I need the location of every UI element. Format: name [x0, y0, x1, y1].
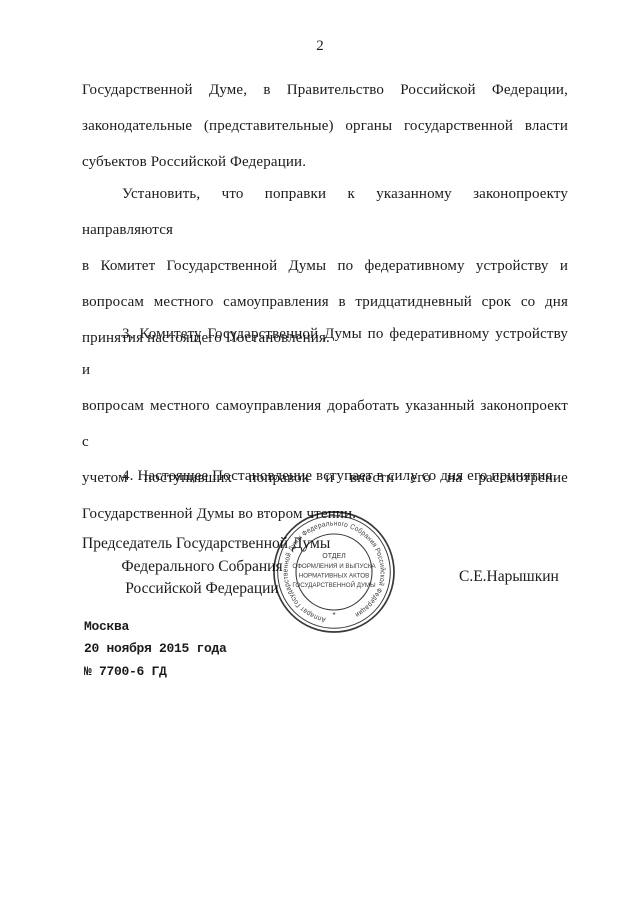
document-page: 2 Государственной Думе, в Правительство … — [0, 0, 640, 905]
paragraph-3: 3. Комитету Государственной Думы по феде… — [82, 316, 568, 532]
paragraph-line: законодательные (представительные) орган… — [82, 108, 568, 144]
official-seal-stamp: Аппарат Государственной Думы Федеральног… — [268, 506, 400, 638]
paragraph-line: в Комитет Государственной Думы по федера… — [82, 248, 568, 284]
page-number: 2 — [0, 38, 640, 55]
paragraph-line: субъектов Российской Федерации. — [82, 144, 568, 180]
paragraph-line: вопросам местного самоуправления в тридц… — [82, 284, 568, 320]
paragraph-line: вопросам местного самоуправления доработ… — [82, 388, 568, 460]
stamp-center-line4: ГОСУДАРСТВЕННОЙ ДУМЫ — [292, 581, 375, 589]
paragraph-line: 4. Настоящее Постановление вступает в си… — [82, 458, 568, 494]
stamp-star: * — [332, 611, 335, 620]
paragraph-line: Государственной Думе, в Правительство Ро… — [82, 72, 568, 108]
footer-date: 20 ноября 2015 года — [84, 638, 227, 660]
footer-document-number: № 7700-6 ГД — [84, 661, 227, 683]
paragraph-line: Установить, что поправки к указанному за… — [82, 176, 568, 248]
paragraph-1: Государственной Думе, в Правительство Ро… — [82, 72, 568, 180]
paragraph-line: 3. Комитету Государственной Думы по феде… — [82, 316, 568, 388]
stamp-center-line3: НОРМАТИВНЫХ АКТОВ — [299, 573, 369, 580]
stamp-center-line2: ОФОРМЛЕНИЯ И ВЫПУСКА — [292, 563, 376, 570]
stamp-center-line1: ОТДЕЛ — [322, 553, 346, 560]
footer-city: Москва — [84, 616, 227, 638]
footer-block: Москва 20 ноября 2015 года № 7700-6 ГД — [84, 616, 227, 683]
paragraph-4: 4. Настоящее Постановление вступает в си… — [82, 458, 568, 494]
signatory-name: С.Е.Нарышкин — [459, 568, 559, 586]
